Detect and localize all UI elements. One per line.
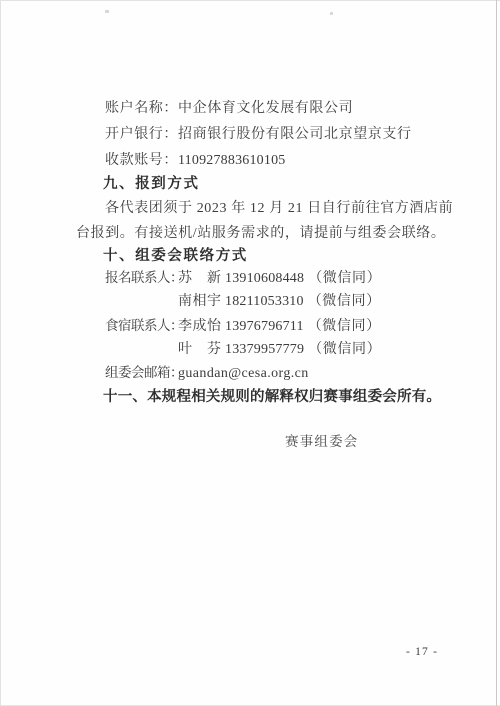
scan-speck [330, 12, 333, 15]
account-no-value: 110927883610105 [178, 153, 285, 168]
section-heading-rules: 十一、本规程相关规则的解释权归赛事组委会所有。 [103, 388, 441, 406]
bank-label: 开户银行： [105, 127, 178, 142]
contact-name: 叶 芬 [178, 342, 225, 358]
contact-row-lodging-2: 叶 芬13379957779（微信同） [178, 342, 381, 358]
contact-row-lodging-1: 食宿联系人：李成怡13976796711（微信同） [105, 318, 381, 335]
page-number: - 17 - [406, 644, 438, 660]
email-row: 组委会邮箱：guandan@cesa.org.cn [105, 365, 309, 382]
contact-label: 报名联系人： [105, 270, 178, 286]
scan-edge-top [0, 0, 500, 1]
contact-phone: 18211053310 [225, 294, 304, 309]
bank-row: 开户银行：招商银行股份有限公司北京望京支行 [105, 127, 412, 143]
scan-edge-right [496, 0, 497, 706]
account-name-label: 账户名称： [105, 101, 178, 116]
signature: 赛事组委会 [285, 434, 359, 450]
contact-phone: 13379957779 [225, 342, 304, 357]
account-no-label: 收款账号： [105, 153, 178, 168]
email-value: guandan@cesa.org.cn [178, 366, 309, 381]
contact-label: 食宿联系人： [105, 318, 178, 334]
email-label: 组委会邮箱： [105, 365, 178, 381]
section-heading-checkin: 九、报到方式 [103, 175, 200, 193]
contact-row-registration-1: 报名联系人：苏 新13910608448（微信同） [105, 270, 381, 287]
contact-wechat-note: （微信同） [308, 271, 381, 286]
account-no-row: 收款账号：110927883610105 [105, 153, 285, 169]
contact-phone: 13976796711 [225, 319, 304, 334]
contact-name: 南相宇 [178, 294, 225, 310]
account-name-value: 中企体育文化发展有限公司 [178, 101, 353, 116]
contact-wechat-note: （微信同） [308, 319, 381, 334]
contact-row-registration-2: 南相宇18211053310（微信同） [178, 294, 381, 310]
contact-wechat-note: （微信同） [308, 342, 381, 357]
checkin-paragraph-line1: 各代表团须于 2023 年 12 月 21 日自行前往官方酒店前 [105, 201, 453, 217]
section-heading-contacts: 十、组委会联络方式 [103, 247, 248, 265]
contact-name: 苏 新 [178, 271, 225, 287]
contact-phone: 13910608448 [225, 271, 304, 286]
bank-value: 招商银行股份有限公司北京望京支行 [178, 127, 412, 142]
scan-edge-left [0, 0, 1, 706]
account-name-row: 账户名称：中企体育文化发展有限公司 [105, 101, 353, 117]
contact-name: 李成怡 [178, 319, 225, 335]
document-page: 账户名称：中企体育文化发展有限公司 开户银行：招商银行股份有限公司北京望京支行 … [0, 0, 500, 706]
checkin-paragraph-line2: 台报到。有接送机/站服务需求的，请提前与组委会联络。 [76, 226, 446, 242]
scan-speck [105, 10, 109, 13]
contact-wechat-note: （微信同） [308, 294, 381, 309]
